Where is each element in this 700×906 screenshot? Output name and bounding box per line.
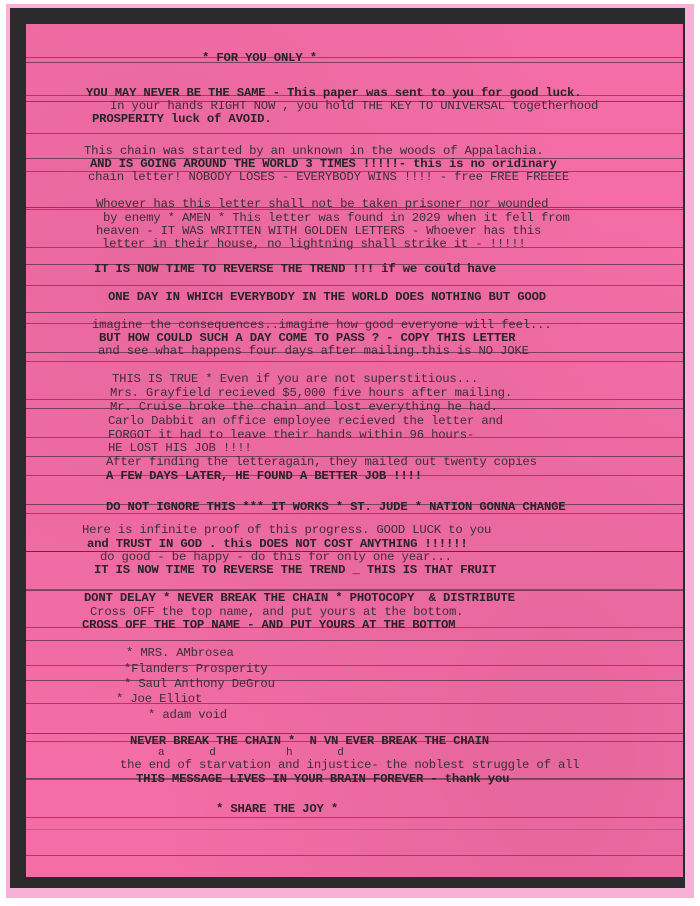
ruled-line <box>26 640 683 641</box>
text-line: Carlo Dabbit an office employee recieved… <box>108 414 503 428</box>
text-line: YOU MAY NEVER BE THE SAME - This paper w… <box>86 86 581 100</box>
text-line: Mrs. Grayfield recieved $5,000 five hour… <box>110 386 512 400</box>
text-line: heaven - IT WAS WRITTEN WITH GOLDEN LETT… <box>96 224 541 238</box>
text-line: DONT DELAY * NEVER BREAK THE CHAIN * PHO… <box>84 591 515 605</box>
text-line: Mr. Cruise broke the chain and lost ever… <box>110 400 498 414</box>
text-line: BUT HOW COULD SUCH A DAY COME TO PASS ? … <box>99 331 515 345</box>
text-line: IT IS NOW TIME TO REVERSE THE TREND _ TH… <box>94 563 496 577</box>
document-title: * FOR YOU ONLY * <box>202 51 317 65</box>
text-line: After finding the letteragain, they mail… <box>106 455 537 469</box>
text-line: Here is infinite proof of this progress.… <box>82 523 491 537</box>
text-line: PROSPERITY luck of AVOID. <box>92 112 271 126</box>
text-line: This chain was started by an unknown in … <box>84 144 543 158</box>
sign-off: * SHARE THE JOY * <box>216 802 338 816</box>
text-line: do good - be happy - do this for only on… <box>100 550 452 564</box>
text-line: HE LOST HIS JOB !!!! <box>108 441 252 455</box>
text-line: A FEW DAYS LATER, HE FOUND A BETTER JOB … <box>106 469 422 483</box>
brain-line: THIS MESSAGE LIVES IN YOUR BRAIN FOREVER… <box>136 772 509 786</box>
text-line: imagine the consequences..imagine how go… <box>92 318 551 332</box>
ruled-line <box>26 312 683 313</box>
ruled-line <box>26 829 683 830</box>
text-line: Whoever has this letter shall not be tak… <box>96 197 548 211</box>
text-line: THIS IS TRUE * Even if you are not super… <box>112 372 478 386</box>
name-list-item: *Flanders Prosperity <box>124 662 268 676</box>
text-line: chain letter! NOBODY LOSES - EVERYBODY W… <box>88 170 569 184</box>
name-list-item: * MRS. AMbrosea <box>126 646 234 660</box>
text-line: and see what happens four days after mai… <box>98 344 529 358</box>
text-line: DO NOT IGNORE THIS *** IT WORKS * ST. JU… <box>106 500 565 514</box>
text-line: CROSS OFF THE TOP NAME - AND PUT YOURS A… <box>82 618 455 632</box>
text-line: and TRUST IN GOD . this DOES NOT COST AN… <box>87 537 468 551</box>
text-line: ONE DAY IN WHICH EVERYBODY IN THE WORLD … <box>108 290 546 304</box>
text-line: In your hands RIGHT NOW , you hold THE K… <box>110 99 598 113</box>
text-line: Cross OFF the top name, and put yours at… <box>90 605 463 619</box>
name-list-item: * Joe Elliot <box>116 692 202 706</box>
text-line: IT IS NOW TIME TO REVERSE THE TREND !!! … <box>94 262 496 276</box>
name-list-item: * Saul Anthony DeGrou <box>124 677 275 691</box>
name-list-item: * adam void <box>148 708 227 722</box>
text-line: AND IS GOING AROUND THE WORLD 3 TIMES !!… <box>90 157 557 171</box>
text-line: FORGOT it had to leave their hands withi… <box>108 428 474 442</box>
ruled-line <box>26 62 683 63</box>
text-line: by enemy * AMEN * This letter was found … <box>103 211 570 225</box>
text-line: letter in their house, no lightning shal… <box>102 237 526 251</box>
struggle-line: the end of starvation and injustice- the… <box>120 758 579 772</box>
